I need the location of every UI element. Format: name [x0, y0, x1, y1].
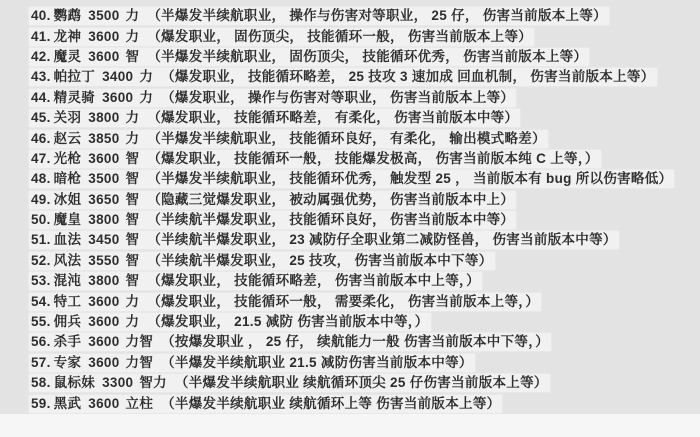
row-note: （半爆发半续航职业 续航循环上等 伤害当前版本上等） [161, 395, 500, 413]
row-attr: 智 [126, 272, 140, 290]
row-note: （半爆发半续航职业， 操作与伤害对等职业， 25 仔， 伤害当前版本上等） [147, 7, 607, 25]
row-score: 3850 [88, 130, 119, 148]
row-note: （爆发职业， 技能循环略差， 25 技攻 3 速加成 回血机制， 伤害当前版本上… [161, 68, 654, 86]
row-score: 3600 [88, 28, 119, 46]
row-score: 3800 [88, 109, 119, 127]
row-name: 专家 [54, 354, 82, 372]
row-name: 杀手 [54, 333, 82, 351]
row-note: （半续航半爆发职业， 25 技攻， 伤害当前版本中下等） [147, 252, 492, 270]
list-item: 56.杀手3600力智（按爆发职业 ， 25 仔， 续航能力一般 伤害当前版本中… [29, 332, 696, 352]
row-text-highlight: 58.鼠标妹3300智力（半爆发半续航职业 续航循环顶尖 25 仔伤害当前版本上… [29, 374, 550, 392]
row-score: 3800 [88, 272, 119, 290]
row-attr: 力 [126, 293, 140, 311]
row-attr: 力 [126, 28, 140, 46]
row-text-highlight: 47.光枪3600智（爆发职业， 技能循环一般， 技能爆发极高， 伤害当前版本纯… [29, 150, 601, 168]
row-note: （爆发职业， 技能循环一般， 技能爆发极高， 伤害当前版本纯 C 上等，） [147, 150, 598, 168]
row-score: 3600 [102, 89, 133, 107]
list-item: 54.特工3600力（爆发职业， 技能循环一般， 需要柔化， 伤害当前版本上等，… [29, 291, 696, 311]
row-name: 精灵骑 [54, 89, 95, 107]
row-rank: 51. [31, 231, 51, 249]
row-text-highlight: 50.魔皇3800智（半续航半爆发职业， 技能循环良好， 伤害当前版本中等） [29, 211, 516, 229]
row-attr: 力智 [126, 354, 154, 372]
list-item: 49.冰姐3650智（隐藏三觉爆发职业， 被动属强优势， 伤害当前版本中上） [29, 190, 696, 210]
row-note: （爆发职业， 21.5 减防 伤害当前版本中等，） [147, 313, 428, 331]
row-attr: 智 [126, 150, 140, 168]
row-note: （半续航半爆发职业， 23 减防仔全职业第二减防怪兽， 伤害当前版本中等） [147, 231, 616, 249]
row-score: 3800 [88, 211, 119, 229]
row-rank: 52. [31, 252, 51, 270]
row-attr: 力 [126, 7, 140, 25]
row-text-highlight: 44.精灵骑3600力（爆发职业， 操作与伤害对等职业， 伤害当前版本上等） [29, 89, 516, 107]
row-rank: 57. [31, 354, 51, 372]
row-score: 3650 [88, 191, 119, 209]
row-attr: 智 [126, 48, 140, 66]
row-score: 3450 [88, 231, 119, 249]
row-score: 3400 [102, 68, 133, 86]
page: 40.鹦鹉3500力（半爆发半续航职业， 操作与伤害对等职业， 25 仔， 伤害… [0, 0, 700, 437]
row-attr: 力 [139, 68, 153, 86]
row-name: 鼠标妹 [54, 374, 95, 392]
row-attr: 智 [126, 191, 140, 209]
row-name: 魔皇 [54, 211, 82, 229]
row-attr: 立柱 [126, 395, 154, 413]
row-text-highlight: 43.帕拉丁3400力（爆发职业， 技能循环略差， 25 技攻 3 速加成 回血… [29, 68, 657, 86]
list-item: 43.帕拉丁3400力（爆发职业， 技能循环略差， 25 技攻 3 速加成 回血… [29, 67, 696, 87]
row-attr: 力 [126, 109, 140, 127]
row-note: （爆发职业， 技能循环略差， 伤害当前版本中上等，） [147, 272, 480, 290]
row-text-highlight: 55.佣兵3600力（爆发职业， 21.5 减防 伤害当前版本中等，） [29, 313, 431, 331]
list-item: 46.赵云3850力（半爆发半续航职业， 技能循环良好， 有柔化， 输出模式略差… [29, 128, 696, 148]
row-attr: 智力 [139, 374, 167, 392]
row-score: 3500 [88, 7, 119, 25]
row-text-highlight: 40.鹦鹉3500力（半爆发半续航职业， 操作与伤害对等职业， 25 仔， 伤害… [29, 7, 609, 25]
row-score: 3600 [88, 354, 119, 372]
list-item: 42.魔灵3600智（半爆发半续航职业， 固伤顶尖， 技能循环优秀， 伤害当前版… [29, 47, 696, 67]
list-item: 44.精灵骑3600力（爆发职业， 操作与伤害对等职业， 伤害当前版本上等） [29, 88, 696, 108]
row-rank: 47. [31, 150, 51, 168]
row-rank: 59. [31, 395, 51, 413]
list-item: 57.专家3600力智（半爆发半续航职业 21.5 减防伤害当前版本中等） [29, 353, 696, 373]
row-rank: 50. [31, 211, 51, 229]
row-attr: 力 [126, 313, 140, 331]
row-name: 赵云 [54, 130, 82, 148]
row-note: （半续航半爆发职业， 技能循环良好， 伤害当前版本中等） [147, 211, 514, 229]
row-note: （爆发职业， 技能循环一般， 需要柔化， 伤害当前版本上等，） [147, 293, 539, 311]
row-note: （按爆发职业 ， 25 仔， 续航能力一般 伤害当前版本中下等，） [161, 333, 549, 351]
row-text-highlight: 54.特工3600力（爆发职业， 技能循环一般， 需要柔化， 伤害当前版本上等，… [29, 293, 541, 311]
row-note: （隐藏三觉爆发职业， 被动属强优势， 伤害当前版本中上） [147, 191, 514, 209]
ranking-list: 40.鹦鹉3500力（半爆发半续航职业， 操作与伤害对等职业， 25 仔， 伤害… [0, 0, 700, 414]
list-item: 41.龙神3600力（爆发职业， 固伤顶尖， 技能循环一般， 伤害当前版本上等） [29, 26, 696, 46]
row-text-highlight: 56.杀手3600力智（按爆发职业 ， 25 仔， 续航能力一般 伤害当前版本中… [29, 333, 551, 351]
row-name: 关羽 [54, 109, 82, 127]
list-item: 59.黑武3600立柱（半爆发半续航职业 续航循环上等 伤害当前版本上等） [29, 393, 696, 413]
list-item: 47.光枪3600智（爆发职业， 技能循环一般， 技能爆发极高， 伤害当前版本纯… [29, 149, 696, 169]
row-rank: 58. [31, 374, 51, 392]
row-name: 光枪 [54, 150, 82, 168]
row-name: 特工 [54, 293, 82, 311]
row-note: （爆发职业， 操作与伤害对等职业， 伤害当前版本上等） [161, 89, 514, 107]
row-text-highlight: 51.血法3450智（半续航半爆发职业， 23 减防仔全职业第二减防怪兽， 伤害… [29, 231, 619, 249]
row-attr: 智 [126, 170, 140, 188]
row-name: 魔灵 [54, 48, 82, 66]
list-item: 55.佣兵3600力（爆发职业， 21.5 减防 伤害当前版本中等，） [29, 312, 696, 332]
row-score: 3600 [88, 333, 119, 351]
row-name: 混沌 [54, 272, 82, 290]
row-name: 龙神 [54, 28, 82, 46]
row-text-highlight: 45.关羽3800力（爆发职业， 技能循环略差， 有柔化， 伤害当前版本中等） [29, 109, 520, 127]
row-note: （半爆发半续航职业， 技能循环良好， 有柔化， 输出模式略差） [147, 130, 546, 148]
list-item: 51.血法3450智（半续航半爆发职业， 23 减防仔全职业第二减防怪兽， 伤害… [29, 230, 696, 250]
row-attr: 智 [126, 211, 140, 229]
row-text-highlight: 46.赵云3850力（半爆发半续航职业， 技能循环良好， 有柔化， 输出模式略差… [29, 130, 548, 148]
row-note: （爆发职业， 固伤顶尖， 技能循环一般， 伤害当前版本上等） [147, 28, 532, 46]
row-name: 风法 [54, 252, 82, 270]
list-item: 45.关羽3800力（爆发职业， 技能循环略差， 有柔化， 伤害当前版本中等） [29, 108, 696, 128]
row-score: 3300 [102, 374, 133, 392]
row-name: 帕拉丁 [54, 68, 95, 86]
row-score: 3600 [88, 48, 119, 66]
row-rank: 48. [31, 170, 51, 188]
row-rank: 46. [31, 130, 51, 148]
row-rank: 41. [31, 28, 51, 46]
list-item: 40.鹦鹉3500力（半爆发半续航职业， 操作与伤害对等职业， 25 仔， 伤害… [29, 6, 696, 26]
row-rank: 40. [31, 7, 51, 25]
list-item: 48.暗枪3500智（半爆发半续航职业， 技能循环优秀， 触发型 25 ， 当前… [29, 169, 696, 189]
row-note: （爆发职业， 技能循环略差， 有柔化， 伤害当前版本中等） [147, 109, 518, 127]
row-note: （半爆发半续航职业 续航循环顶尖 25 仔伤害当前版本上等） [175, 374, 548, 392]
row-name: 鹦鹉 [54, 7, 82, 25]
row-score: 3500 [88, 170, 119, 188]
row-text-highlight: 53.混沌3800智（爆发职业， 技能循环略差， 伤害当前版本中上等，） [29, 272, 482, 290]
row-rank: 53. [31, 272, 51, 290]
list-item: 53.混沌3800智（爆发职业， 技能循环略差， 伤害当前版本中上等，） [29, 271, 696, 291]
row-attr: 力 [126, 130, 140, 148]
list-item: 58.鼠标妹3300智力（半爆发半续航职业 续航循环顶尖 25 仔伤害当前版本上… [29, 373, 696, 393]
row-rank: 56. [31, 333, 51, 351]
row-score: 3600 [88, 150, 119, 168]
row-score: 3550 [88, 252, 119, 270]
row-score: 3600 [88, 313, 119, 331]
row-rank: 49. [31, 191, 51, 209]
row-attr: 智 [126, 231, 140, 249]
row-rank: 55. [31, 313, 51, 331]
row-name: 冰姐 [54, 191, 82, 209]
row-text-highlight: 49.冰姐3650智（隐藏三觉爆发职业， 被动属强优势， 伤害当前版本中上） [29, 191, 516, 209]
row-note: （半爆发半续航职业， 技能循环优秀， 触发型 25 ， 当前版本有 bug 所以… [147, 170, 672, 188]
row-text-highlight: 57.专家3600力智（半爆发半续航职业 21.5 减防伤害当前版本中等） [29, 354, 475, 372]
row-note: （半爆发半续航职业， 固伤顶尖， 技能循环优秀， 伤害当前版本上等） [147, 48, 587, 66]
row-rank: 43. [31, 68, 51, 86]
row-text-highlight: 42.魔灵3600智（半爆发半续航职业， 固伤顶尖， 技能循环优秀， 伤害当前版… [29, 48, 589, 66]
row-note: （半爆发半续航职业 21.5 减防伤害当前版本中等） [161, 354, 473, 372]
row-attr: 力 [139, 89, 153, 107]
row-name: 佣兵 [54, 313, 82, 331]
row-name: 黑武 [54, 395, 82, 413]
row-text-highlight: 41.龙神3600力（爆发职业， 固伤顶尖， 技能循环一般， 伤害当前版本上等） [29, 28, 534, 46]
row-score: 3600 [88, 395, 119, 413]
row-score: 3600 [88, 293, 119, 311]
row-rank: 45. [31, 109, 51, 127]
row-rank: 44. [31, 89, 51, 107]
list-item: 52.风法3550智（半续航半爆发职业， 25 技攻， 伤害当前版本中下等） [29, 251, 696, 271]
row-attr: 力智 [126, 333, 154, 351]
row-text-highlight: 48.暗枪3500智（半爆发半续航职业， 技能循环优秀， 触发型 25 ， 当前… [29, 170, 674, 188]
row-text-highlight: 52.风法3550智（半续航半爆发职业， 25 技攻， 伤害当前版本中下等） [29, 252, 495, 270]
row-text-highlight: 59.黑武3600立柱（半爆发半续航职业 续航循环上等 伤害当前版本上等） [29, 395, 502, 413]
list-item: 50.魔皇3800智（半续航半爆发职业， 技能循环良好， 伤害当前版本中等） [29, 210, 696, 230]
row-name: 血法 [54, 231, 82, 249]
row-rank: 54. [31, 293, 51, 311]
row-attr: 智 [126, 252, 140, 270]
row-name: 暗枪 [54, 170, 82, 188]
row-rank: 42. [31, 48, 51, 66]
